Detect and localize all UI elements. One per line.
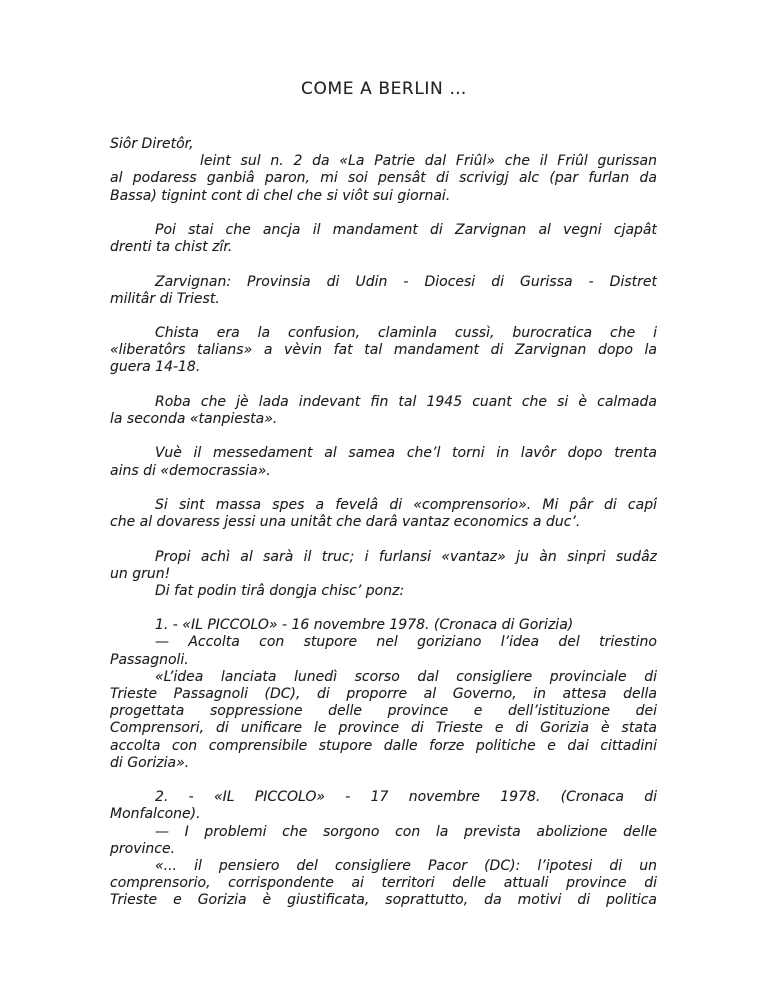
document-title: COME A BERLIN … bbox=[0, 79, 768, 99]
text-line: Comprensori, di unificare le province di… bbox=[110, 720, 657, 737]
text-line: Bassa) tignint cont di chel che si viôt … bbox=[110, 188, 657, 205]
paragraph: — Accolta con stupore nel goriziano l’id… bbox=[110, 634, 657, 668]
text-line: Si sint massa spes a fevelâ di «comprens… bbox=[110, 497, 657, 514]
text-line: che al dovaress jessi una unitât che dar… bbox=[110, 514, 657, 531]
paragraph: Poi stai che ancja il mandament di Zarvi… bbox=[110, 222, 657, 256]
text-line: progettata soppressione delle province e… bbox=[110, 703, 657, 720]
document-page: COME A BERLIN … Siôr Diretôr, leint sul … bbox=[0, 0, 768, 994]
text-line: leint sul n. 2 da «La Patrie dal Friûl» … bbox=[110, 153, 657, 170]
paragraph: «L’idea lanciata lunedì scorso dal consi… bbox=[110, 669, 657, 772]
text-line: Trieste e Gorizia è giustificata, soprat… bbox=[110, 892, 657, 909]
text-line: province. bbox=[110, 841, 657, 858]
text-line: «L’idea lanciata lunedì scorso dal consi… bbox=[110, 669, 657, 686]
paragraph: — I problemi che sorgono con la prevista… bbox=[110, 824, 657, 858]
text-line: accolta con comprensibile stupore dalle … bbox=[110, 738, 657, 755]
text-line: «liberatôrs talians» a vèvin fat tal man… bbox=[110, 342, 657, 359]
text-line: — Accolta con stupore nel goriziano l’id… bbox=[110, 634, 657, 651]
text-line: un grun! bbox=[110, 566, 657, 583]
text-line: — I problemi che sorgono con la prevista… bbox=[110, 824, 657, 841]
text-line: Roba che jè lada indevant fin tal 1945 c… bbox=[110, 394, 657, 411]
text-line: Monfalcone). bbox=[110, 806, 657, 823]
paragraph: Propi achì al sarà il truc; i furlansi «… bbox=[110, 549, 657, 583]
text-line: «... il pensiero del consigliere Pacor (… bbox=[110, 858, 657, 875]
text-line: la seconda «tanpiesta». bbox=[110, 411, 657, 428]
paragraph: 2. - «IL PICCOLO» - 17 novembre 1978. (C… bbox=[110, 789, 657, 823]
text-line: 1. - «IL PICCOLO» - 16 novembre 1978. (C… bbox=[110, 617, 657, 634]
paragraph: Si sint massa spes a fevelâ di «comprens… bbox=[110, 497, 657, 531]
text-line: Siôr Diretôr, bbox=[110, 136, 657, 153]
text-line: Vuè il messedament al samea che’l torni … bbox=[110, 445, 657, 462]
text-line: ains di «democrassia». bbox=[110, 463, 657, 480]
paragraph: 1. - «IL PICCOLO» - 16 novembre 1978. (C… bbox=[110, 617, 657, 634]
text-line: Propi achì al sarà il truc; i furlansi «… bbox=[110, 549, 657, 566]
text-line: guera 14-18. bbox=[110, 359, 657, 376]
paragraph: Di fat podin tirâ dongja chisc’ ponz: bbox=[110, 583, 657, 600]
text-line: comprensorio, corrispondente ai territor… bbox=[110, 875, 657, 892]
text-line: 2. - «IL PICCOLO» - 17 novembre 1978. (C… bbox=[110, 789, 657, 806]
text-line: Di fat podin tirâ dongja chisc’ ponz: bbox=[110, 583, 657, 600]
text-line: di Gorizia». bbox=[110, 755, 657, 772]
text-line: Passagnoli. bbox=[110, 652, 657, 669]
text-line: Chista era la confusion, claminla cussì,… bbox=[110, 325, 657, 342]
paragraph: Chista era la confusion, claminla cussì,… bbox=[110, 325, 657, 377]
text-line: Zarvignan: Provinsia di Udin - Diocesi d… bbox=[110, 274, 657, 291]
text-line: Trieste Passagnoli (DC), di proporre al … bbox=[110, 686, 657, 703]
paragraph: Roba che jè lada indevant fin tal 1945 c… bbox=[110, 394, 657, 428]
paragraph: Vuè il messedament al samea che’l torni … bbox=[110, 445, 657, 479]
document-body: Siôr Diretôr, leint sul n. 2 da «La Patr… bbox=[110, 136, 657, 909]
paragraph: Siôr Diretôr, leint sul n. 2 da «La Patr… bbox=[110, 136, 657, 205]
paragraph: Zarvignan: Provinsia di Udin - Diocesi d… bbox=[110, 274, 657, 308]
text-line: drenti ta chist zîr. bbox=[110, 239, 657, 256]
paragraph: «... il pensiero del consigliere Pacor (… bbox=[110, 858, 657, 910]
text-line: militâr di Triest. bbox=[110, 291, 657, 308]
text-line: al podaress ganbiâ paron, mi soi pensât … bbox=[110, 170, 657, 187]
text-line: Poi stai che ancja il mandament di Zarvi… bbox=[110, 222, 657, 239]
